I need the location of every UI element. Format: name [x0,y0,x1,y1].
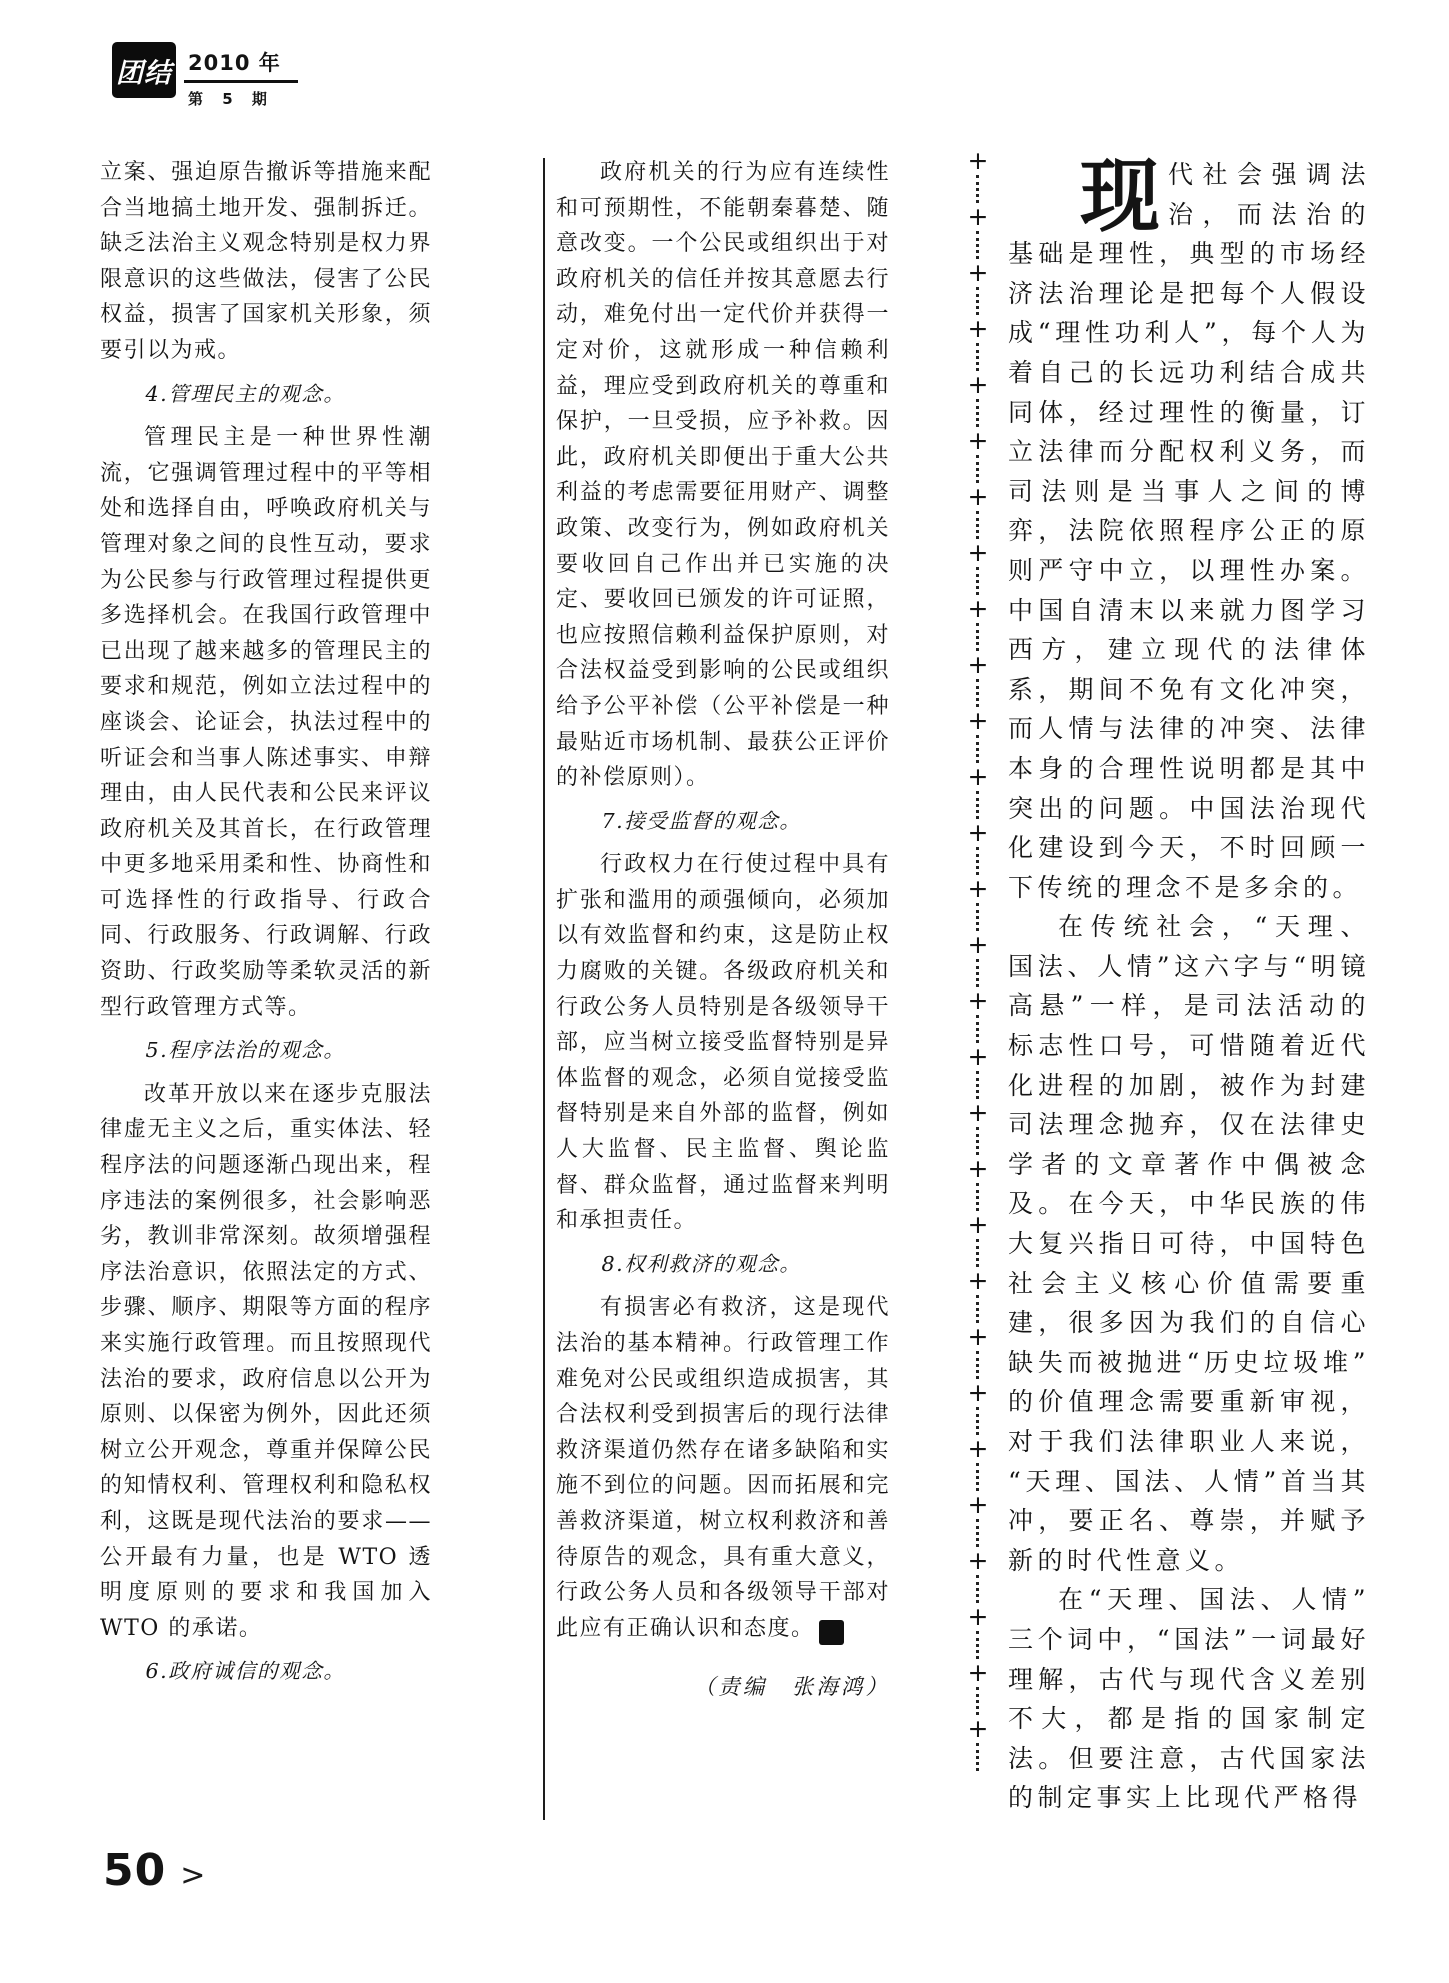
divider-segment: + [968,934,989,990]
divider-segment: + [968,1046,989,1102]
divider-cross-glyph: + [968,486,989,508]
divider-cross-glyph: + [968,822,989,844]
divider-segment: + [968,262,989,318]
divider-cross-glyph: + [968,1102,989,1124]
divider-dotted-line [976,1743,979,1771]
divider-cross-glyph: + [968,1382,989,1404]
column-rule-dashed: +++++++++++++++++++++++++++++ [964,150,992,1818]
divider-dotted-line [976,1351,979,1379]
divider-dotted-line [976,175,979,203]
body-paragraph: 有损害必有救济，这是现代法治的基本精神。行政管理工作难免对公民或组织造成损害，其… [556,1290,890,1646]
divider-segment: + [968,1382,989,1438]
magazine-page: 团结 2010 年 第 5 期 立案、强迫原告撤诉等措施来配合当地搞土地开发、强… [0,0,1449,1983]
divider-dotted-line [976,1183,979,1211]
text-column-3: 现代社会强调法治，而法治的基础是理性，典型的市场经济法治理论是把每个人假设成“理… [1008,155,1370,1818]
divider-cross-glyph: + [968,150,989,172]
divider-segment: + [968,598,989,654]
body-paragraph: 改革开放以来在逐步克服法律虚无主义之后，重实体法、轻程序法的问题逐渐凸现出来，程… [100,1077,432,1647]
divider-dotted-line [976,1407,979,1435]
body-paragraph: 行政权力在行使过程中具有扩张和滥用的顽强倾向，必须加以有效监督和约束，这是防止权… [556,847,890,1239]
divider-cross-glyph: + [968,262,989,284]
divider-dotted-line [976,399,979,427]
divider-cross-glyph: + [968,1046,989,1068]
divider-dotted-line [976,1687,979,1715]
divider-dotted-line [976,791,979,819]
divider-segment: + [968,878,989,934]
divider-cross-glyph: + [968,318,989,340]
page-footer: 50 > [103,1845,205,1896]
divider-dotted-line [976,623,979,651]
divider-cross-glyph: + [968,654,989,676]
divider-cross-glyph: + [968,1550,989,1572]
divider-segment: + [968,486,989,542]
divider-cross-glyph: + [968,1606,989,1628]
divider-dotted-line [976,1519,979,1547]
divider-segment: + [968,654,989,710]
divider-segment: + [968,1326,989,1382]
divider-cross-glyph: + [968,598,989,620]
divider-dotted-line [976,287,979,315]
divider-segment: + [968,1102,989,1158]
divider-dotted-line [976,1295,979,1323]
divider-dotted-line [976,735,979,763]
divider-segment: + [968,542,989,598]
divider-segment: + [968,206,989,262]
body-paragraph: 管理民主是一种世界性潮流，它强调管理过程中的平等相处和选择自由，呼唤政府机关与管… [100,420,432,1025]
divider-segment: + [968,1718,989,1774]
divider-segment: + [968,374,989,430]
divider-segment: + [968,1158,989,1214]
divider-cross-glyph: + [968,766,989,788]
drop-cap: 现 [1080,159,1160,233]
divider-cross-glyph: + [968,430,989,452]
body-paragraph: 现代社会强调法治，而法治的基础是理性，典型的市场经济法治理论是把每个人假设成“理… [1008,155,1370,907]
divider-cross-glyph: + [968,990,989,1012]
divider-cross-glyph: + [968,878,989,900]
section-heading: 8.权利救济的观念。 [556,1247,890,1283]
section-heading: 4.管理民主的观念。 [100,377,432,413]
divider-segment: + [968,1438,989,1494]
divider-dotted-line [976,567,979,595]
divider-cross-glyph: + [968,1718,989,1740]
divider-cross-glyph: + [968,1326,989,1348]
divider-dotted-line [976,679,979,707]
text-column-1: 立案、强迫原告撤诉等措施来配合当地搞土地开发、强制拆迁。缺乏法治主义观念特别是权… [100,155,432,1698]
body-paragraph: 在“天理、国法、人情”三个词中，“国法”一词最好理解，古代与现代含义差别不大，都… [1008,1580,1370,1818]
page-arrow-icon: > [180,1858,205,1893]
divider-segment: + [968,1606,989,1662]
divider-dotted-line [976,1463,979,1491]
divider-dotted-line [976,511,979,539]
divider-segment: + [968,1550,989,1606]
divider-segment: + [968,1494,989,1550]
divider-dotted-line [976,1575,979,1603]
divider-dotted-line [976,903,979,931]
divider-dotted-line [976,455,979,483]
text-column-2: 政府机关的行为应有连续性和可预期性，不能朝秦暮楚、随意改变。一个公民或组织出于对… [556,155,890,1706]
body-paragraph: 政府机关的行为应有连续性和可预期性，不能朝秦暮楚、随意改变。一个公民或组织出于对… [556,155,890,796]
divider-cross-glyph: + [968,542,989,564]
issue-info: 2010 年 第 5 期 [184,42,298,109]
divider-dotted-line [976,1631,979,1659]
divider-cross-glyph: + [968,1438,989,1460]
magazine-logo-text: 团结 [116,51,172,90]
divider-cross-glyph: + [968,1270,989,1292]
section-heading: 7.接受监督的观念。 [556,804,890,840]
divider-cross-glyph: + [968,710,989,732]
divider-dotted-line [976,1127,979,1155]
section-heading: 5.程序法治的观念。 [100,1033,432,1069]
page-number: 50 [103,1845,166,1896]
body-paragraph: 立案、强迫原告撤诉等措施来配合当地搞土地开发、强制拆迁。缺乏法治主义观念特别是权… [100,155,432,369]
issue-number: 第 5 期 [184,83,298,109]
body-paragraph: 在传统社会，“天理、国法、人情”这六字与“明镜高悬”一样，是司法活动的标志性口号… [1008,907,1370,1580]
divider-cross-glyph: + [968,1158,989,1180]
divider-dotted-line [976,959,979,987]
issue-year: 2010 年 [184,47,298,80]
divider-dotted-line [976,343,979,371]
divider-segment: + [968,1270,989,1326]
divider-cross-glyph: + [968,1214,989,1236]
end-of-article-mark: 团 [819,1620,844,1645]
divider-cross-glyph: + [968,1494,989,1516]
divider-segment: + [968,822,989,878]
divider-segment: + [968,710,989,766]
magazine-logo: 团结 [112,42,176,98]
divider-segment: + [968,1214,989,1270]
divider-segment: + [968,150,989,206]
divider-dotted-line [976,1071,979,1099]
divider-dotted-line [976,231,979,259]
divider-cross-glyph: + [968,374,989,396]
divider-dotted-line [976,1015,979,1043]
divider-cross-glyph: + [968,934,989,956]
divider-cross-glyph: + [968,1662,989,1684]
divider-segment: + [968,1662,989,1718]
column-rule-solid [543,158,545,1820]
editor-byline: （责编 张海鸿） [556,1670,890,1706]
divider-segment: + [968,766,989,822]
masthead: 团结 2010 年 第 5 期 [112,42,298,109]
divider-cross-glyph: + [968,206,989,228]
divider-segment: + [968,318,989,374]
section-heading: 6.政府诚信的观念。 [100,1654,432,1690]
divider-segment: + [968,990,989,1046]
divider-dotted-line [976,847,979,875]
divider-segment: + [968,430,989,486]
divider-dotted-line [976,1239,979,1267]
